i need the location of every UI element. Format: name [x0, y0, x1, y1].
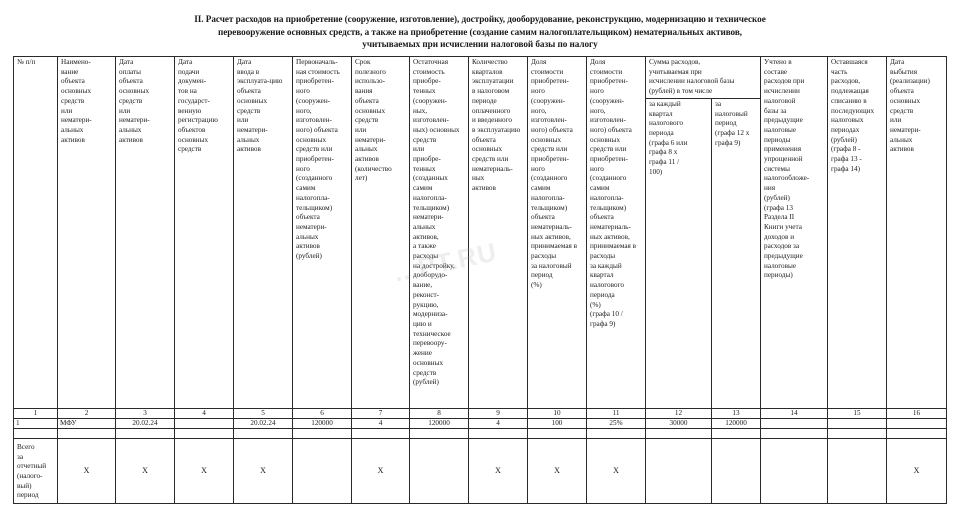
- header-per-period: за налоговый период (графа 12 х графа 9): [712, 98, 761, 408]
- table-row: [14, 428, 947, 438]
- column-number: 4: [175, 408, 234, 418]
- title-line-2: перевооружение основных средств, а также…: [120, 26, 840, 39]
- header-previous-expenses: Учтено в составе расходов при исчислении…: [761, 57, 828, 409]
- table-cell: [175, 418, 234, 428]
- total-cell: [828, 438, 887, 503]
- header-disposal-date: Дата выбытия (реализации) объекта основн…: [887, 57, 947, 409]
- header-per-quarter: за каждый квартал налогового периода (гр…: [646, 98, 712, 408]
- title-line-3: учитываемых при исчислении налоговой баз…: [120, 38, 840, 51]
- table-cell: [761, 418, 828, 428]
- column-number: 11: [587, 408, 646, 418]
- table-cell: 20.02.24: [234, 418, 293, 428]
- table-row: 1МФУ20.02.2420.02.241200004120000410025%…: [14, 418, 947, 428]
- not-applicable-mark: X: [234, 438, 293, 503]
- not-applicable-mark: X: [528, 438, 587, 503]
- header-initial-cost: Первоначаль- ная стоимость приобретен- н…: [293, 57, 352, 409]
- table-cell: [646, 428, 712, 438]
- not-applicable-mark: X: [469, 438, 528, 503]
- not-applicable-mark: X: [352, 438, 410, 503]
- column-number: 8: [410, 408, 469, 418]
- table-cell: [528, 428, 587, 438]
- column-number: 1: [14, 408, 58, 418]
- column-number: 6: [293, 408, 352, 418]
- total-cell: [712, 438, 761, 503]
- column-number: 10: [528, 408, 587, 418]
- header-share-period: Доля стоимости приобретен- ного (сооруже…: [528, 57, 587, 409]
- header-remaining-expenses: Оставшаяся часть расходов, подлежащая сп…: [828, 57, 887, 409]
- header-line-number: № п/п: [14, 57, 58, 409]
- table-cell: [58, 428, 116, 438]
- table-cell: [116, 428, 175, 438]
- not-applicable-mark: X: [58, 438, 116, 503]
- table-cell: [175, 428, 234, 438]
- column-number: 3: [116, 408, 175, 418]
- table-cell: [887, 428, 947, 438]
- column-number: 12: [646, 408, 712, 418]
- table-cell: [712, 428, 761, 438]
- column-number: 13: [712, 408, 761, 418]
- table-cell: 30000: [646, 418, 712, 428]
- column-numbers-row: 12345678910111213141516: [14, 408, 947, 418]
- header-quarters-count: Количество кварталов эксплуатации в нало…: [469, 57, 528, 409]
- column-number: 9: [469, 408, 528, 418]
- table-cell: 120000: [293, 418, 352, 428]
- header-payment-date: Дата оплаты объекта основных средств или…: [116, 57, 175, 409]
- table-cell: [887, 418, 947, 428]
- table-cell: [293, 428, 352, 438]
- table-cell: МФУ: [58, 418, 116, 428]
- table-cell: [14, 428, 58, 438]
- header-asset-name: Наимено- вание объекта основных средств …: [58, 57, 116, 409]
- table-cell: 1: [14, 418, 58, 428]
- header-commissioning-date: Дата ввода в эксплуата-цию объекта основ…: [234, 57, 293, 409]
- not-applicable-mark: X: [887, 438, 947, 503]
- section-title: II. Расчет расходов на приобретение (соо…: [120, 13, 840, 51]
- title-line-1: II. Расчет расходов на приобретение (соо…: [120, 13, 840, 26]
- total-cell: [761, 438, 828, 503]
- table-cell: [234, 428, 293, 438]
- column-number: 15: [828, 408, 887, 418]
- header-useful-life: Срок полезного использо- вания объекта о…: [352, 57, 410, 409]
- header-row: № п/п Наимено- вание объекта основных ср…: [14, 57, 947, 99]
- expense-calculation-table: № п/п Наимено- вание объекта основных ср…: [13, 56, 947, 504]
- total-row: Всего за отчетный (налого- вый) период X…: [14, 438, 947, 503]
- total-cell: [646, 438, 712, 503]
- header-expense-sum-group: Сумма расходов, учитываемая при исчислен…: [646, 57, 761, 99]
- total-cell: [410, 438, 469, 503]
- table-cell: [587, 428, 646, 438]
- column-number: 7: [352, 408, 410, 418]
- header-residual-value: Остаточная стоимость приобре- тенных (со…: [410, 57, 469, 409]
- table-cell: 20.02.24: [116, 418, 175, 428]
- table-cell: [761, 428, 828, 438]
- column-number: 2: [58, 408, 116, 418]
- table-cell: 4: [469, 418, 528, 428]
- table-cell: 100: [528, 418, 587, 428]
- column-number: 14: [761, 408, 828, 418]
- table-cell: [410, 428, 469, 438]
- not-applicable-mark: X: [587, 438, 646, 503]
- not-applicable-mark: X: [116, 438, 175, 503]
- column-number: 5: [234, 408, 293, 418]
- table-cell: 120000: [410, 418, 469, 428]
- table-cell: 120000: [712, 418, 761, 428]
- table-cell: 25%: [587, 418, 646, 428]
- table-cell: [828, 418, 887, 428]
- table-cell: [352, 428, 410, 438]
- table-cell: 4: [352, 418, 410, 428]
- table-cell: [828, 428, 887, 438]
- not-applicable-mark: X: [175, 438, 234, 503]
- header-registration-date: Дата подачи докумен- тов на государст- в…: [175, 57, 234, 409]
- header-share-quarter: Доля стоимости приобретен- ного (сооруже…: [587, 57, 646, 409]
- total-cell: [293, 438, 352, 503]
- column-number: 16: [887, 408, 947, 418]
- total-label: Всего за отчетный (налого- вый) период: [14, 438, 58, 503]
- table-cell: [469, 428, 528, 438]
